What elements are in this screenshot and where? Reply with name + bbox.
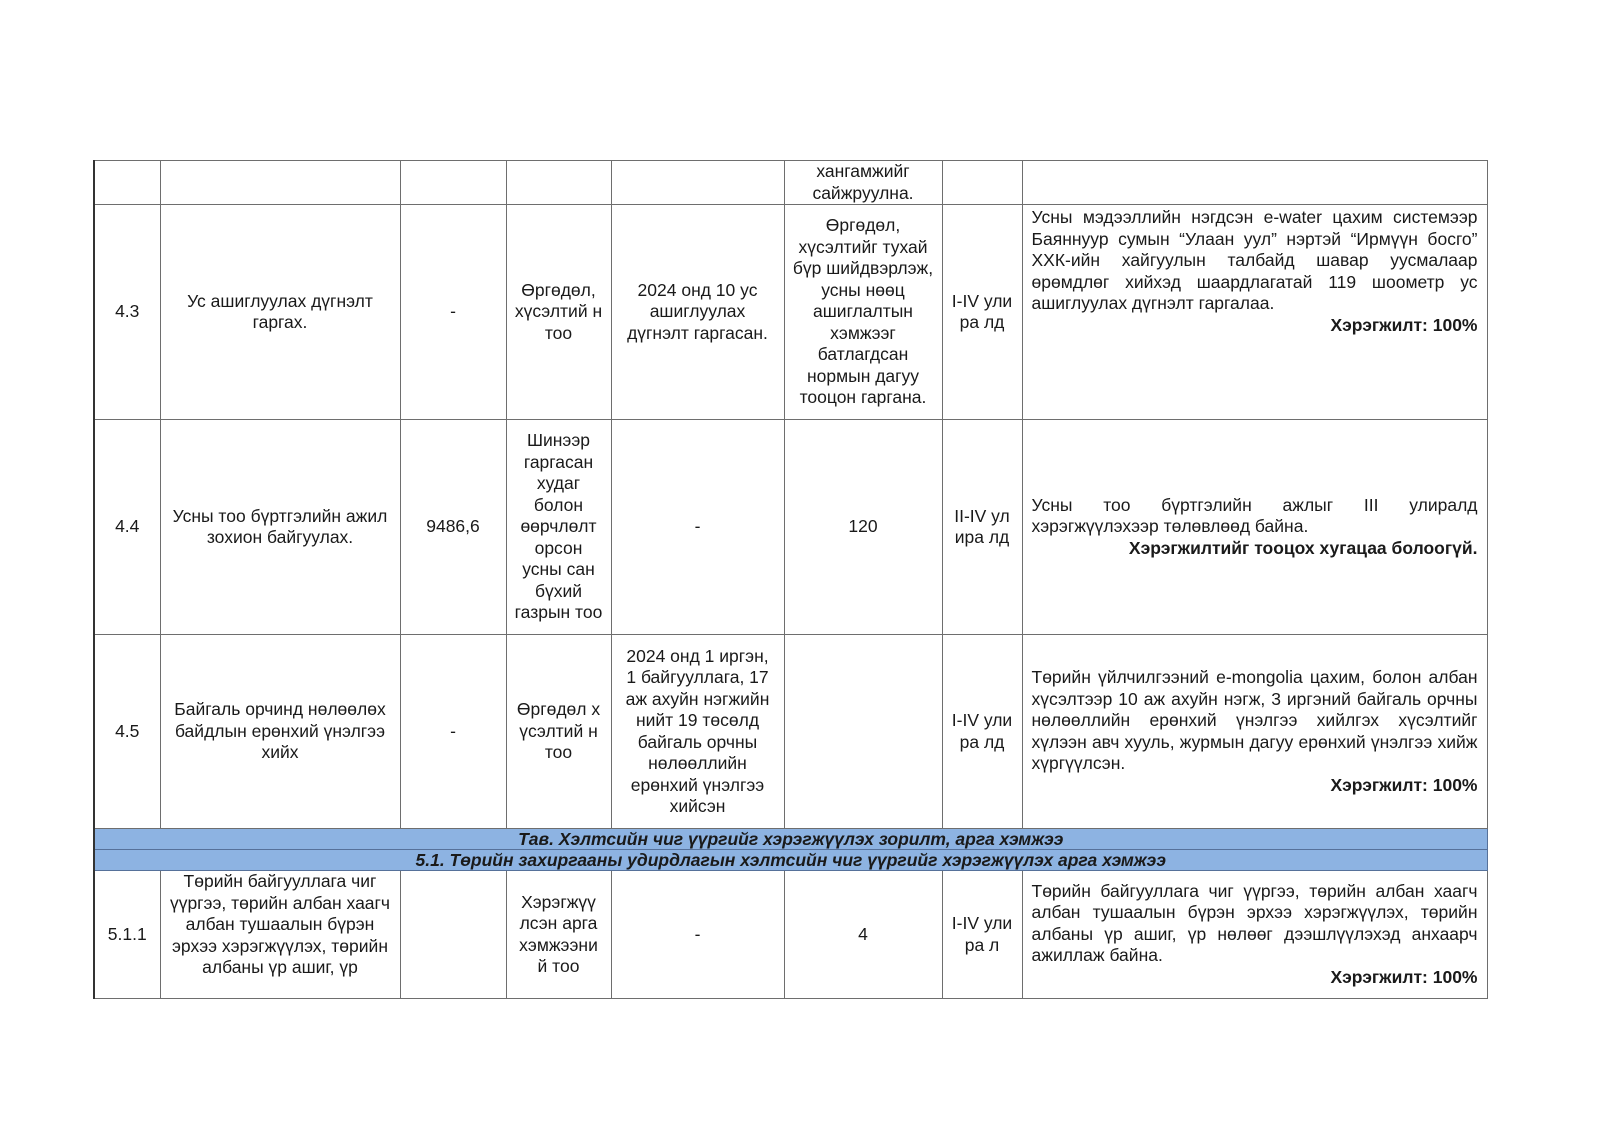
cell-no: 5.1.1 xyxy=(94,871,160,999)
cell-no: 4.4 xyxy=(94,420,160,635)
cell-report: Төрийн үйлчилгээний e-mongolia цахим, бо… xyxy=(1022,635,1487,829)
cell-baseline xyxy=(611,161,784,205)
cell-target: Өргөдөл, хүсэлтийг тухай бүр шийдвэрлэж,… xyxy=(784,205,942,420)
cell-budget: - xyxy=(400,635,506,829)
cell-indicator: Хэрэгжүү лсэн арга хэмжээни й тоо xyxy=(506,871,611,999)
cell-baseline: 2024 онд 1 иргэн, 1 байгууллага, 17 аж а… xyxy=(611,635,784,829)
cell-period: I-IV улира лд xyxy=(942,205,1022,420)
cell-period xyxy=(942,161,1022,205)
report-text: Усны мэдээллийн нэгдсэн e-water цахим си… xyxy=(1032,207,1478,315)
cell-period: I-IV улира лд xyxy=(942,635,1022,829)
cell-baseline: - xyxy=(611,420,784,635)
table-row: 5.1.1 Төрийн байгууллага чиг үүргээ, төр… xyxy=(94,871,1487,999)
subsection-band-row: 5.1. Төрийн захиргааны удирдлагын хэлтси… xyxy=(94,850,1487,871)
implementation-result: Хэрэгжилт: 100% xyxy=(1032,967,1478,989)
section-heading: Тав. Хэлтсийн чиг үүргийг хэрэгжүүлэх зо… xyxy=(94,829,1487,850)
cell-indicator xyxy=(506,161,611,205)
cell-target xyxy=(784,635,942,829)
cell-baseline: - xyxy=(611,871,784,999)
cell-indicator: Өргөдөл, хүсэлтий н тоо xyxy=(506,205,611,420)
cell-report: Төрийн байгууллага чиг үүргээ, төрийн ал… xyxy=(1022,871,1487,999)
table-row: 4.4 Усны тоо бүртгэлийн ажил зохион байг… xyxy=(94,420,1487,635)
cell-no: 4.5 xyxy=(94,635,160,829)
subsection-heading: 5.1. Төрийн захиргааны удирдлагын хэлтси… xyxy=(94,850,1487,871)
table-row: 4.3 Ус ашиглуулах дүгнэлт гаргах. - Өргө… xyxy=(94,205,1487,420)
cell-report: Усны мэдээллийн нэгдсэн e-water цахим си… xyxy=(1022,205,1487,420)
cell-period: II-IV улира лд xyxy=(942,420,1022,635)
cell-indicator: Өргөдөл хүсэлтий н тоо xyxy=(506,635,611,829)
report-text: Төрийн үйлчилгээний e-mongolia цахим, бо… xyxy=(1032,667,1478,775)
cell-budget: 9486,6 xyxy=(400,420,506,635)
action-plan-table: хангамжийг сайжруулна. 4.3 Ус ашиглуулах… xyxy=(93,160,1488,999)
cell-no: 4.3 xyxy=(94,205,160,420)
cell-target: 120 xyxy=(784,420,942,635)
cell-activity: Усны тоо бүртгэлийн ажил зохион байгуула… xyxy=(160,420,400,635)
cell-activity: Байгаль орчинд нөлөөлөх байдлын ерөнхий … xyxy=(160,635,400,829)
table-row-continued: хангамжийг сайжруулна. xyxy=(94,161,1487,205)
cell-no xyxy=(94,161,160,205)
cell-budget: - xyxy=(400,205,506,420)
cell-report xyxy=(1022,161,1487,205)
cell-budget xyxy=(400,161,506,205)
implementation-result: Хэрэгжилтийг тооцох хугацаа болоогүй. xyxy=(1032,538,1478,560)
cell-indicator: Шинээр гаргасан худаг болон өөрчлөлт орс… xyxy=(506,420,611,635)
section-band-row: Тав. Хэлтсийн чиг үүргийг хэрэгжүүлэх зо… xyxy=(94,829,1487,850)
implementation-result: Хэрэгжилт: 100% xyxy=(1032,775,1478,797)
cell-activity: Ус ашиглуулах дүгнэлт гаргах. xyxy=(160,205,400,420)
report-text: Төрийн байгууллага чиг үүргээ, төрийн ал… xyxy=(1032,881,1478,967)
report-text: Усны тоо бүртгэлийн ажлыг III улиралд хэ… xyxy=(1032,495,1478,538)
cell-target: хангамжийг сайжруулна. xyxy=(784,161,942,205)
cell-period: I-IV улира л xyxy=(942,871,1022,999)
cell-target: 4 xyxy=(784,871,942,999)
cell-budget xyxy=(400,871,506,999)
cell-activity: Төрийн байгууллага чиг үүргээ, төрийн ал… xyxy=(160,871,400,999)
cell-report: Усны тоо бүртгэлийн ажлыг III улиралд хэ… xyxy=(1022,420,1487,635)
implementation-result: Хэрэгжилт: 100% xyxy=(1032,315,1478,337)
cell-baseline: 2024 онд 10 ус ашиглуулах дүгнэлт гаргас… xyxy=(611,205,784,420)
cell-activity xyxy=(160,161,400,205)
table-row: 4.5 Байгаль орчинд нөлөөлөх байдлын ерөн… xyxy=(94,635,1487,829)
